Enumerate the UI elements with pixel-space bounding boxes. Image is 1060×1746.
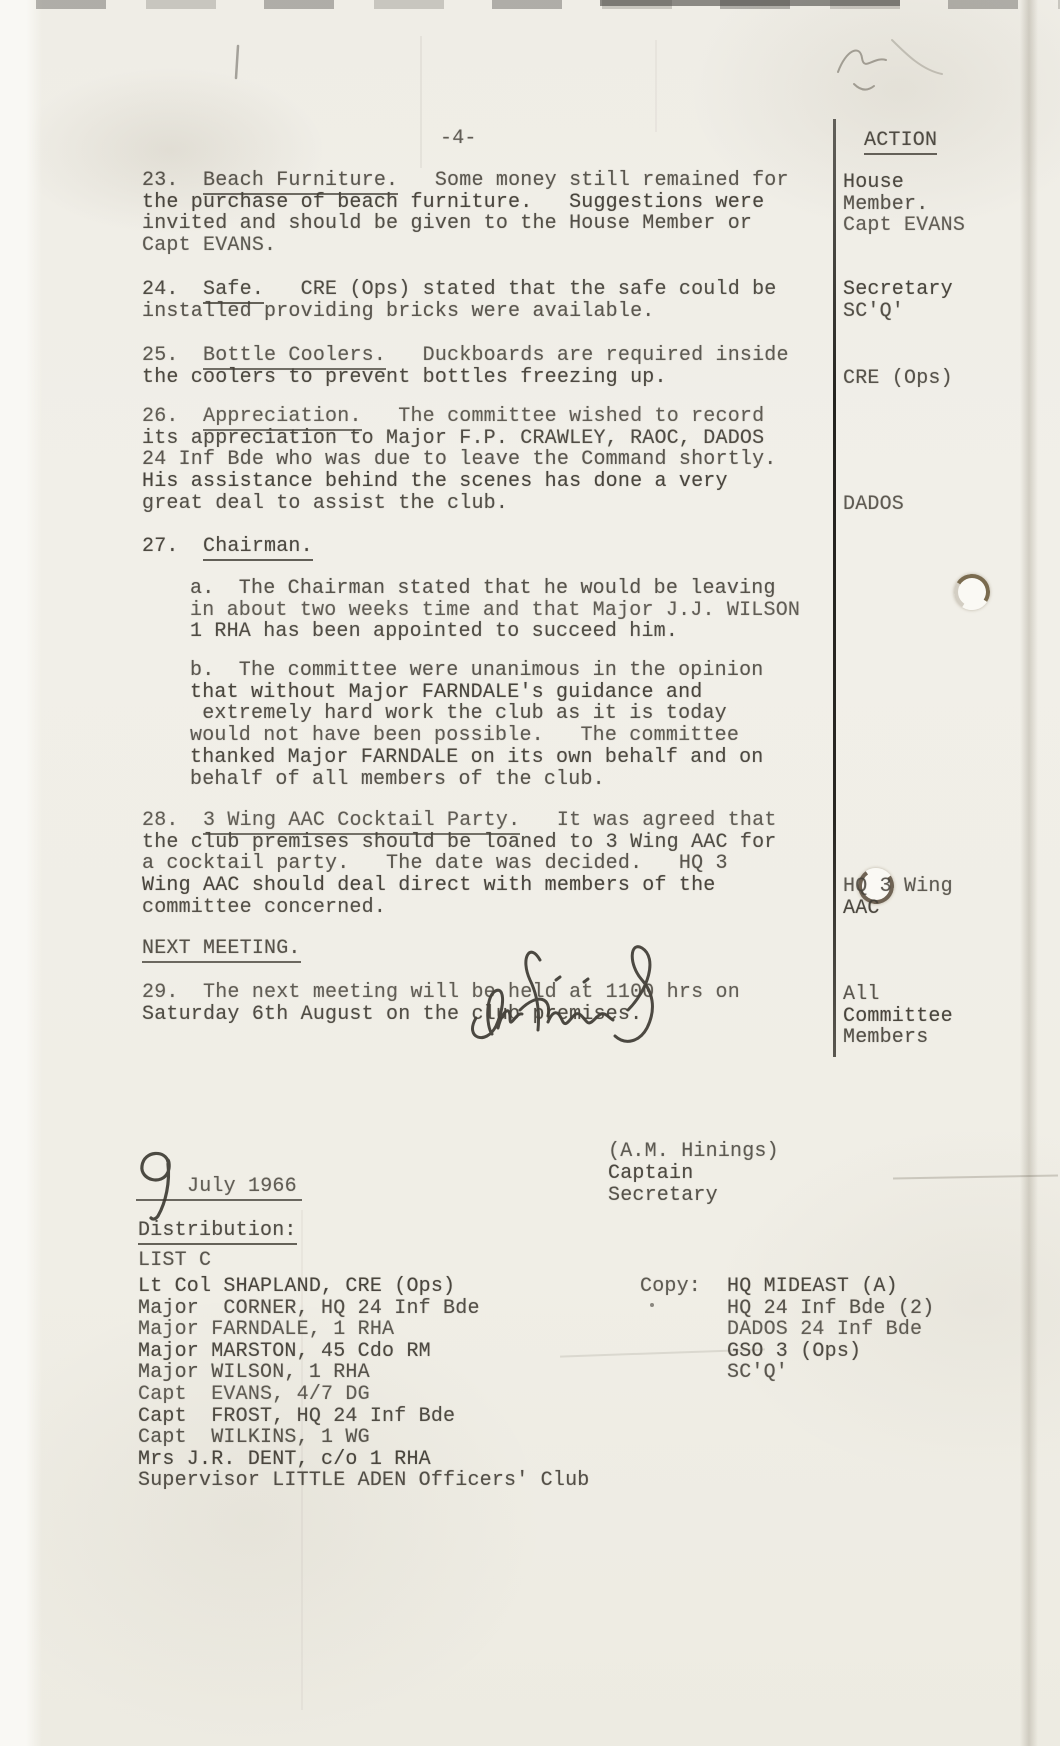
minute-item-line: the coolers to prevent bottles freezing …	[142, 367, 667, 388]
minute-subitem-line: 1 RHA has been appointed to succeed him.	[190, 621, 678, 642]
scan-top-edge-artifact	[36, 0, 1060, 9]
minute-item-line: His assistance behind the scenes has don…	[142, 471, 728, 492]
distribution-recipient: Capt WILKINS, 1 WG	[138, 1427, 370, 1448]
distribution-recipient: Major FARNDALE, 1 RHA	[138, 1319, 394, 1340]
copy-recipient: GSO 3 (Ops)	[727, 1341, 861, 1362]
action-note-line: Member.	[843, 194, 928, 215]
text-segment: 27.	[142, 535, 203, 558]
minute-item-first-line: 24. Safe. CRE (Ops) stated that the safe…	[142, 279, 777, 300]
minute-item-first-line: 25. Bottle Coolers. Duckboards are requi…	[142, 345, 789, 366]
text-segment: 28.	[142, 809, 203, 832]
stray-ink-dot	[650, 1303, 654, 1307]
underlined-heading-text: ACTION	[864, 129, 937, 155]
minute-item-line: 24 Inf Bde who was due to leave the Comm…	[142, 449, 777, 470]
copy-label: Copy:	[640, 1276, 701, 1297]
paper-fold-crease	[655, 40, 657, 132]
text-segment: 29. The next meeting will be held at 110…	[142, 981, 740, 1004]
copy-recipient: SC'Q'	[727, 1362, 788, 1383]
distribution-recipient: Supervisor LITTLE ADEN Officers' Club	[138, 1470, 589, 1491]
copy-recipient: HQ MIDEAST (A)	[727, 1276, 898, 1297]
minute-subitem-line: b. The committee were unanimous in the o…	[190, 660, 764, 681]
text-segment: It was agreed that	[520, 809, 776, 832]
signature-name: (A.M. Hinings)	[608, 1141, 779, 1162]
minute-item-line: committee concerned.	[142, 897, 386, 918]
punch-hole	[951, 571, 994, 614]
action-note-line: HQ 3 Wing	[843, 876, 953, 897]
distribution-recipient: Mrs J.R. DENT, c/o 1 RHA	[138, 1449, 431, 1470]
minute-subitem-line: behalf of all members of the club.	[190, 769, 605, 790]
minute-item-line: invited and should be given to the House…	[142, 213, 752, 234]
distribution-recipient: Major MARSTON, 45 Cdo RM	[138, 1341, 431, 1362]
action-note-line: Members	[843, 1027, 928, 1048]
minute-item-line: Saturday 6th August on the club premises…	[142, 1004, 642, 1025]
action-note-line: DADOS	[843, 494, 904, 515]
distribution-list-label: LIST C	[138, 1250, 211, 1271]
action-note-line: SC'Q'	[843, 301, 904, 322]
minute-item-line: a cocktail party. The date was decided. …	[142, 853, 728, 874]
copy-recipient: DADOS 24 Inf Bde	[727, 1319, 922, 1340]
copy-recipient: HQ 24 Inf Bde (2)	[727, 1298, 934, 1319]
text-segment: Some money still remained for	[398, 169, 788, 192]
signature-role: Secretary	[608, 1185, 718, 1206]
action-column-divider-rule	[833, 119, 836, 1057]
action-note-line: Committee	[843, 1006, 953, 1027]
scanned-minutes-page: -4-ACTION23. Beach Furniture. Some money…	[0, 0, 1060, 1746]
minute-subitem-line: in about two weeks time and that Major J…	[190, 600, 800, 621]
minute-item-line: Wing AAC should deal direct with members…	[142, 875, 716, 896]
text-segment: The committee wished to record	[362, 405, 765, 428]
action-note-line: All	[843, 984, 880, 1005]
minute-item-first-line: 26. Appreciation. The committee wished t…	[142, 406, 764, 427]
minute-item-first-line: 29. The next meeting will be held at 110…	[142, 982, 740, 1003]
paper-crease	[893, 1175, 1058, 1180]
pen-marks	[830, 28, 950, 98]
minute-subitem-line: that without Major FARNDALE's guidance a…	[190, 682, 702, 703]
action-note-line: House	[843, 172, 904, 193]
handwritten-day-numeral	[134, 1148, 182, 1222]
minute-item-first-line: 28. 3 Wing AAC Cocktail Party. It was ag…	[142, 810, 777, 831]
minute-item-line: the purchase of beach furniture. Suggest…	[142, 192, 764, 213]
page-number: -4-	[440, 128, 477, 149]
distribution-heading: Distribution:	[138, 1220, 297, 1241]
action-note-line: Secretary	[843, 279, 953, 300]
distribution-recipient: Capt EVANS, 4/7 DG	[138, 1384, 370, 1405]
text-segment: 25.	[142, 344, 203, 367]
distribution-recipient: Lt Col SHAPLAND, CRE (Ops)	[138, 1276, 455, 1297]
text-segment: Duckboards are required inside	[386, 344, 789, 367]
minute-item-first-line: 27. Chairman.	[142, 536, 313, 557]
text-segment: 26.	[142, 405, 203, 428]
minute-item-line: Capt EVANS.	[142, 235, 276, 256]
distribution-recipient: Major CORNER, HQ 24 Inf Bde	[138, 1298, 480, 1319]
minute-item-line: great deal to assist the club.	[142, 493, 508, 514]
distribution-recipient: Major WILSON, 1 RHA	[138, 1362, 370, 1383]
pencil-mark	[228, 44, 248, 80]
text-segment: 23.	[142, 169, 203, 192]
date-underline	[136, 1199, 302, 1201]
scan-top-edge-artifact	[600, 0, 900, 6]
text-segment: CRE (Ops) stated that the safe could be	[264, 278, 776, 301]
minute-item-first-line: NEXT MEETING.	[142, 938, 301, 959]
minute-subitem-line: a. The Chairman stated that he would be …	[190, 578, 776, 599]
action-note-line: Capt EVANS	[843, 215, 965, 236]
underlined-heading-text: Distribution:	[138, 1219, 297, 1245]
minute-subitem-line: would not have been possible. The commit…	[190, 725, 739, 746]
minute-item-line: the club premises should be loaned to 3 …	[142, 832, 777, 853]
minute-item-first-line: 23. Beach Furniture. Some money still re…	[142, 170, 789, 191]
minute-subitem-line: extremely hard work the club as it is to…	[190, 703, 727, 724]
action-column-header: ACTION	[864, 130, 937, 151]
minute-item-line: its appreciation to Major F.P. CRAWLEY, …	[142, 428, 764, 449]
action-note-line: CRE (Ops)	[843, 368, 953, 389]
minute-item-line: installed providing bricks were availabl…	[142, 301, 654, 322]
distribution-recipient: Capt FROST, HQ 24 Inf Bde	[138, 1406, 455, 1427]
underlined-heading-text: NEXT MEETING.	[142, 937, 301, 963]
underlined-heading-text: Chairman.	[203, 535, 313, 561]
minute-subitem-line: thanked Major FARNDALE on its own behalf…	[190, 747, 764, 768]
action-note-line: AAC	[843, 898, 880, 919]
text-segment: 24.	[142, 278, 203, 301]
signature-rank: Captain	[608, 1163, 693, 1184]
paper-fold-crease	[420, 36, 422, 168]
date-typed: July 1966	[187, 1176, 297, 1197]
